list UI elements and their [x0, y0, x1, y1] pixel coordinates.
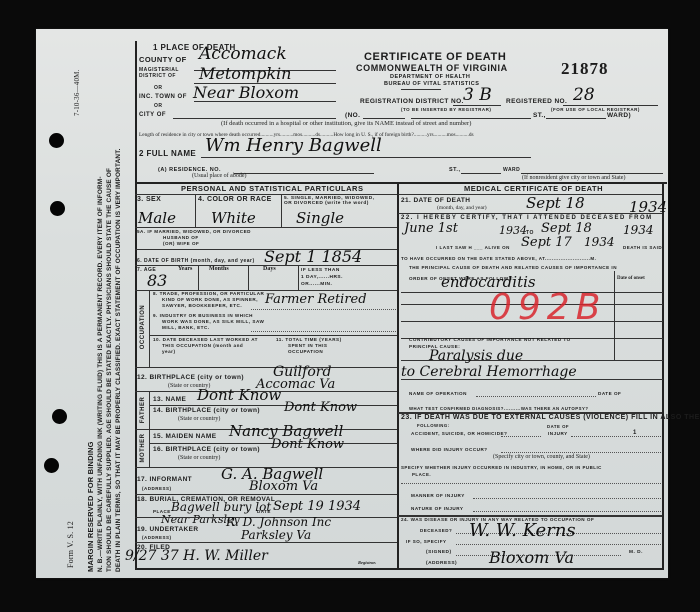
- informant-address-label: (ADDRESS): [142, 486, 172, 491]
- rule: [248, 265, 249, 290]
- department: DEPARTMENT OF HEALTH: [390, 74, 470, 80]
- injury-label: INJURY: [548, 431, 568, 436]
- rule: [194, 101, 336, 102]
- ward-label: WARD: [503, 167, 520, 173]
- accident-label: ACCIDENT, SUICIDE, OR HOMICIDE?: [411, 431, 507, 436]
- father-birthplace-label: 14. BIRTHPLACE (city or town): [153, 407, 260, 414]
- date-of-death-sub: (month, day, and year): [437, 205, 487, 211]
- or-label: OR: [154, 85, 163, 91]
- full-name-label: 2 FULL NAME: [139, 149, 196, 158]
- injury-date-label: DATE OF: [547, 424, 569, 429]
- rule: [521, 173, 663, 174]
- margin-rule: [135, 41, 137, 570]
- sex-value: Male: [138, 209, 176, 227]
- rule: [201, 157, 531, 158]
- certificate-form: 1 PLACE OF DEATH COUNTY OF Accomack MAGI…: [101, 41, 667, 570]
- binding-hole: [52, 409, 67, 424]
- totaltime-label: 11. TOTAL TIME (YEARS)SPENT IN THISOCCUP…: [276, 337, 342, 355]
- where-sub: (Specify city or town, county, and State…: [493, 454, 590, 460]
- district-value: Metompkin: [199, 64, 291, 83]
- rule: [149, 290, 150, 367]
- mother-side-label: MOTHER: [140, 428, 146, 468]
- specify-label2: PLACE.: [412, 472, 431, 477]
- burial-date-label: DATE: [257, 509, 271, 514]
- nature-label: NATURE OF INJURY: [411, 506, 463, 511]
- days-label: Days: [263, 266, 276, 272]
- burial-date-value: Sept 19 1934: [273, 499, 361, 514]
- rule: [251, 309, 396, 310]
- father-birthplace-sub: (State or country): [178, 416, 220, 422]
- registered-label: REGISTERED NO.: [506, 98, 567, 105]
- age-value: 83: [147, 271, 167, 290]
- informant-address: Bloxom Va: [249, 479, 318, 494]
- rule: [149, 405, 397, 406]
- marital-label: 5. SINGLE, MARRIED, WIDOWED,OR DIVORCED …: [284, 196, 375, 206]
- filed-value: 9/27 37 H. W. Miller: [125, 548, 268, 564]
- rule: [198, 265, 199, 290]
- dob-value: Sept 1 1854: [264, 247, 362, 266]
- rule: [401, 483, 661, 484]
- md-label: M. D.: [629, 550, 643, 555]
- certificate-subtitle: COMMONWEALTH OF VIRGINIA: [356, 63, 508, 73]
- residence-note: (Usual place of abode): [192, 173, 246, 179]
- rule: [251, 331, 396, 332]
- reg-district-label: REGISTRATION DISTRICT NO.: [360, 98, 464, 105]
- undertaker-value: R. D. Johnson Inc: [226, 515, 331, 529]
- rule: [398, 213, 662, 214]
- attended-to-year: 1934: [623, 223, 654, 237]
- industry-label: 9. INDUSTRY OR BUSINESS IN WHICHWORK WAS…: [153, 313, 264, 331]
- attended-from: June 1st: [404, 221, 458, 236]
- spouse-label: 5A. IF MARRIED, WIDOWED, OR DIVORCEDHUSB…: [137, 229, 251, 247]
- or-label: OR: [154, 103, 163, 109]
- principal-cause-label: THE PRINCIPAL CAUSE OF DEATH AND RELATED…: [409, 265, 617, 270]
- binding-note: MARGIN RESERVED FOR BINDING: [86, 441, 96, 572]
- onset-label: Date of onset: [617, 276, 645, 281]
- county-value: Accomack: [199, 44, 287, 64]
- rule: [473, 498, 661, 499]
- county-label: COUNTY OF: [139, 55, 187, 64]
- contributory-value1: Paralysis due: [429, 348, 523, 364]
- full-name-value: Wm Henry Bagwell: [205, 135, 382, 156]
- district-label: MAGISTERIALDISTRICT OF: [139, 67, 179, 79]
- undertaker-label: 19. UNDERTAKER: [137, 526, 198, 533]
- right-border: [662, 182, 664, 570]
- contributory-value2: to Cerebral Hemorrhage: [401, 364, 577, 380]
- external-label: 23. IF DEATH WAS DUE TO EXTERNAL CAUSES …: [401, 414, 700, 421]
- signed-label: (SIGNED): [426, 550, 452, 555]
- rule: [461, 173, 501, 174]
- binding-hole: [50, 201, 65, 216]
- town-label: INC. TOWN OF: [139, 94, 187, 100]
- rule: [411, 118, 531, 119]
- certificate-title: CERTIFICATE OF DEATH: [364, 51, 506, 63]
- medical-heading: MEDICAL CERTIFICATE OF DEATH: [464, 184, 603, 193]
- years-label: Years: [178, 266, 192, 272]
- ifso-label: IF SO, SPECIFY: [406, 539, 447, 544]
- st-label: ST.,: [533, 112, 546, 119]
- mother-name-label: 15. MAIDEN NAME: [153, 433, 216, 440]
- rule: [473, 511, 661, 512]
- rule: [281, 194, 282, 227]
- undertaker-address-label: (ADDRESS): [142, 535, 172, 540]
- town-value: Near Bloxom: [193, 83, 299, 102]
- trade-label: 8. TRADE, PROFESSION, OR PARTICULARKIND …: [153, 291, 264, 309]
- last-saw-year: 1934: [584, 235, 615, 249]
- hospital-note: (If death occurred in a hospital or othe…: [221, 120, 471, 127]
- personal-heading: PERSONAL AND STATISTICAL PARTICULARS: [181, 184, 363, 193]
- father-name-label: 13. NAME: [153, 396, 186, 403]
- race-label: 4. COLOR OR RACE: [198, 196, 272, 203]
- ward-label: WARD): [607, 112, 631, 119]
- marital-value: Single: [296, 209, 344, 227]
- father-side-label: FATHER: [140, 390, 146, 430]
- occupation-side-label: OCCUPATION: [140, 299, 146, 355]
- rule: [195, 194, 196, 227]
- physician-signature: W. W. Kerns: [469, 520, 576, 541]
- trade-value: Farmer Retired: [265, 292, 367, 307]
- mother-birthplace-sub: (State or country): [178, 455, 220, 461]
- date-of-death-value: Sept 18: [526, 194, 585, 212]
- father-birthplace-value: Dont Know: [284, 400, 357, 415]
- form-code: 7-10-36—40M.: [73, 69, 83, 116]
- rule: [546, 118, 606, 119]
- st-label: ST.,: [449, 167, 460, 173]
- father-name-value: Dont Know: [197, 386, 281, 404]
- form-name: Form V. S. 12: [66, 521, 76, 568]
- no-label: (NO.: [345, 112, 360, 119]
- city-label: CITY OF: [139, 112, 166, 118]
- registered-value: 28: [573, 85, 595, 105]
- mother-birthplace-value: Dont Know: [271, 437, 344, 452]
- classification-stamp: 092B: [489, 287, 606, 328]
- sex-label: 3. SEX: [137, 196, 161, 203]
- registered-note: (FOR USE OF LOCAL REGISTRAR): [551, 107, 640, 112]
- birthplace-label: 12. BIRTHPLACE (city or town): [137, 374, 244, 381]
- date-of-death-label: 21. DATE OF DEATH: [401, 197, 470, 204]
- rule: [363, 118, 405, 119]
- rule: [614, 271, 615, 360]
- rule: [398, 568, 662, 570]
- informant-label: 17. INFORMANT: [137, 476, 192, 483]
- rule: [298, 265, 299, 290]
- rule: [453, 105, 501, 106]
- rule: [149, 335, 397, 336]
- rule: [571, 436, 661, 437]
- operation-date-label: DATE OF: [598, 391, 621, 396]
- rule: [135, 494, 397, 495]
- rule: [135, 367, 397, 368]
- rule: [173, 118, 336, 119]
- specify-label: SPECIFY WHETHER INJURY OCCURRED IN INDUS…: [401, 465, 602, 470]
- nonresident-note: (If nonresident give city or town and St…: [522, 175, 625, 181]
- manner-label: MANNER OF INJURY: [411, 493, 465, 498]
- contributory-label: CONTRIBUTORY CAUSES OF IMPORTANCE NOT RE…: [409, 337, 571, 342]
- months-label: Months: [209, 266, 229, 272]
- rule: [149, 429, 150, 467]
- rule: [563, 105, 658, 106]
- operation-label: NAME OF OPERATION: [409, 391, 467, 396]
- injury-year-suffix: 1: [633, 430, 637, 436]
- physician-address: Bloxom Va: [489, 548, 574, 567]
- race-value: White: [211, 209, 256, 227]
- last-saw-value: Sept 17: [521, 235, 572, 250]
- less-than-label: IF LESS THAN1 DAY,......HRS.OR......MIN.: [301, 267, 343, 288]
- column-divider: [397, 182, 399, 570]
- lastworked-label: 10. DATE DECEASED LAST WORKED ATTHIS OCC…: [153, 337, 258, 355]
- rule: [135, 542, 397, 543]
- rule: [501, 452, 661, 453]
- binding-hole: [44, 458, 59, 473]
- test-label: WHAT TEST CONFIRMED DIAGNOSIS?..........…: [409, 406, 588, 411]
- occurred-label: TO HAVE OCCURRED ON THE DATE STATED ABOV…: [401, 256, 596, 261]
- rule: [149, 391, 150, 429]
- certificate-number: 21878: [561, 59, 609, 79]
- rule: [135, 194, 397, 195]
- last-saw-label: I LAST SAW H ___ ALIVE ON: [436, 245, 510, 250]
- rule: [234, 173, 374, 174]
- rule: [135, 227, 397, 228]
- occ-related-label2: DECEASED?: [420, 528, 452, 533]
- external-label2: FOLLOWING:: [417, 423, 450, 428]
- reg-district-note: (TO BE INSERTED BY REGISTRAR): [401, 107, 491, 112]
- binding-hole: [49, 133, 64, 148]
- death-said-label: DEATH IS SAID: [623, 245, 662, 250]
- rule: [501, 436, 541, 437]
- undertaker-address: Parksley Va: [241, 528, 311, 542]
- reg-district-value: 3 B: [463, 85, 492, 105]
- rule: [456, 544, 661, 545]
- where-label: WHERE DID INJURY OCCUR?: [411, 447, 488, 452]
- registrar-label: Registrar.: [358, 560, 376, 565]
- dob-label: 6. DATE OF BIRTH (month, day, and year): [137, 258, 255, 264]
- rule: [476, 396, 596, 397]
- rule: [401, 89, 441, 90]
- rule: [135, 568, 397, 570]
- mother-birthplace-label: 16. BIRTHPLACE (city or town): [153, 446, 260, 453]
- rule: [401, 379, 663, 380]
- address-label: (ADDRESS): [426, 561, 457, 566]
- attended-to: Sept 18: [541, 221, 592, 236]
